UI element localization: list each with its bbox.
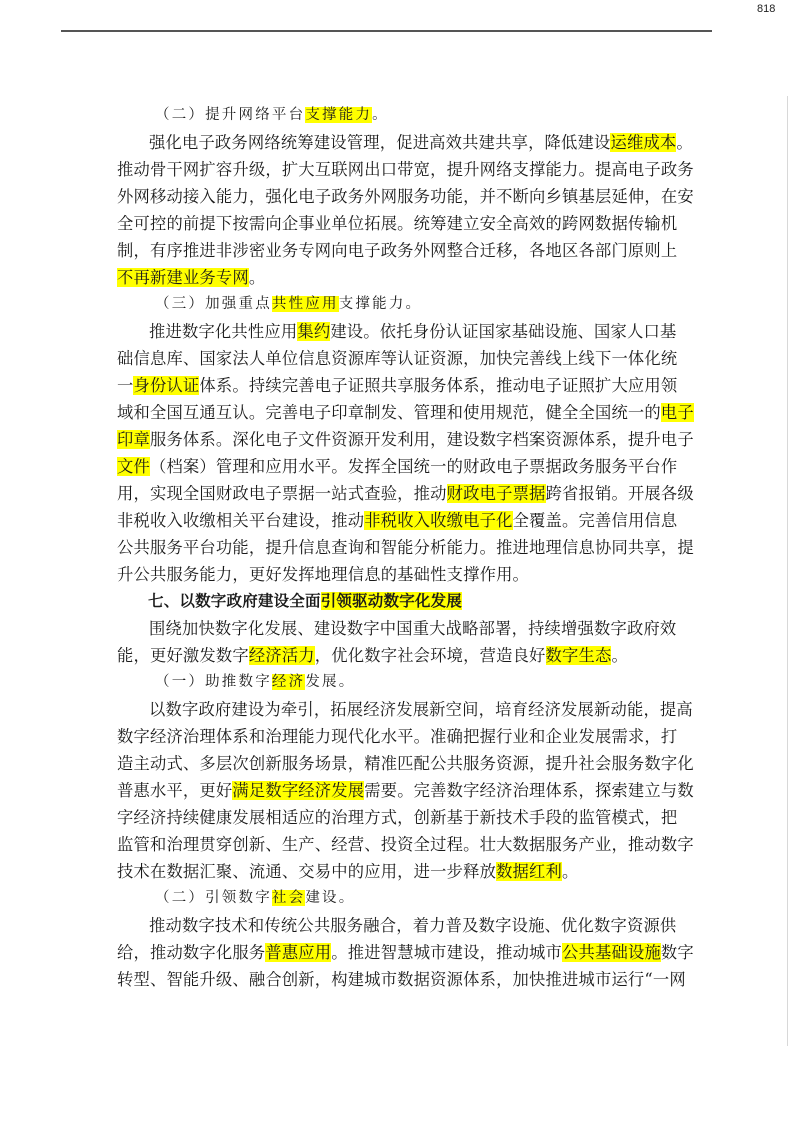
text-run: 外网移动接入能力，强化电子政务外网服务功能，并不断向乡镇基层延伸，在安 bbox=[117, 187, 694, 206]
highlighted-text: 满足数字经济发展 bbox=[232, 781, 364, 800]
paragraph-line: 用，实现全国财政电子票据一站式查验，推动财政电子票据跨省报销。开展各级 bbox=[117, 480, 677, 507]
text-run: 以数字政府建设为牵引，拓展经济发展新空间，培育经济发展新动能，提高 bbox=[149, 700, 693, 719]
highlighted-text: 社会 bbox=[272, 890, 305, 906]
text-run: 需要。完善数字经济治理体系，探索建立与数 bbox=[364, 781, 694, 800]
paragraph-line: 以数字政府建设为牵引，拓展经济发展新空间，培育经济发展新动能，提高 bbox=[117, 696, 677, 723]
document-body: （二）提升网络平台支撑能力。强化电子政务网络统筹建设管理，促进高效共建共享，降低… bbox=[117, 102, 677, 993]
text-run: 础信息库、国家法人单位信息资源库等认证资源，加快完善线上线下一体化统 bbox=[117, 349, 677, 368]
text-run: 非税收入收缴相关平台建设，推动 bbox=[117, 511, 364, 530]
paragraph-line: 公共服务平台功能，提升信息查询和智能分析能力。推进地理信息协同共享，提 bbox=[117, 534, 677, 561]
subsection-heading: （二）引领数字社会建设。 bbox=[117, 885, 677, 912]
highlighted-text: 集约 bbox=[297, 322, 330, 341]
text-run: 全可控的前提下按需向企事业单位拓展。统筹建立安全高效的跨网数据传输机 bbox=[117, 214, 677, 233]
paragraph-line: 推动数字技术和传统公共服务融合，着力普及数字设施、优化数字资源供 bbox=[117, 912, 677, 939]
text-run: （档案）管理和应用水平。发挥全国统一的财政电子票据政务服务平台作 bbox=[150, 457, 677, 476]
text-run: 监管和治理贯穿创新、生产、经营、投资全过程。壮大数据服务产业，推动数字 bbox=[117, 835, 694, 854]
highlighted-text: 运维成本 bbox=[610, 133, 676, 152]
page-number: 818 bbox=[757, 3, 775, 15]
subsection-heading: （一）助推数字经济发展。 bbox=[117, 669, 677, 696]
paragraph-line: 普惠水平，更好满足数字经济发展需要。完善数字经济治理体系，探索建立与数 bbox=[117, 777, 677, 804]
text-run: （一）助推数字 bbox=[155, 674, 272, 690]
text-run: 升公共服务能力，更好发挥地理信息的基础性支撑作用。 bbox=[117, 565, 529, 584]
page-edge-line bbox=[787, 96, 788, 1046]
text-run: 域和全国互通互认。完善电子印章制发、管理和使用规范，健全全国统一的 bbox=[117, 403, 661, 422]
paragraph-line: 推动骨干网扩容升级，扩大互联网出口带宽，提升网络支撑能力。提高电子政务 bbox=[117, 156, 677, 183]
text-run: 造主动式、多层次创新服务场景，精准匹配公共服务资源，提升社会服务数字化 bbox=[117, 754, 694, 773]
text-run: 制，有序推进非涉密业务专网向电子政务外网整合迁移，各地区各部门原则上 bbox=[117, 241, 677, 260]
paragraph-line: 字经济持续健康发展相适应的治理方式，创新基于新技术手段的监管模式，把 bbox=[117, 804, 677, 831]
text-run: 七、以数字政府建设全面 bbox=[148, 592, 321, 610]
text-run: 转型、智能升级、融合创新，构建城市数据资源体系，加快推进城市运行“一网 bbox=[117, 970, 686, 989]
highlighted-text: 经济活力 bbox=[249, 646, 315, 665]
text-run: 普惠水平，更好 bbox=[117, 781, 232, 800]
text-run: 公共服务平台功能，提升信息查询和智能分析能力。推进地理信息协同共享，提 bbox=[117, 538, 694, 557]
highlighted-text: 印章 bbox=[117, 430, 150, 449]
highlighted-text: 文件 bbox=[117, 457, 150, 476]
section-heading: 七、以数字政府建设全面引领驱动数字化发展 bbox=[117, 588, 677, 615]
paragraph-line: 监管和治理贯穿创新、生产、经营、投资全过程。壮大数据服务产业，推动数字 bbox=[117, 831, 677, 858]
paragraph-line: 围绕加快数字化发展、建设数字中国重大战略部署，持续增强数字政府效 bbox=[117, 615, 677, 642]
text-run: 体系。持续完善电子证照共享服务体系，推动电子证照扩大应用领 bbox=[199, 376, 677, 395]
text-run: 服务体系。深化电子文件资源开发利用，建设数字档案资源体系，提升电子 bbox=[150, 430, 694, 449]
paragraph-line: 给，推动数字化服务普惠应用。推进智慧城市建设，推动城市公共基础设施数字 bbox=[117, 939, 677, 966]
text-run: 。 bbox=[676, 133, 692, 152]
paragraph-line: 印章服务体系。深化电子文件资源开发利用，建设数字档案资源体系，提升电子 bbox=[117, 426, 677, 453]
paragraph-line: 非税收入收缴相关平台建设，推动非税收入收缴电子化全覆盖。完善信用信息 bbox=[117, 507, 677, 534]
text-run: 推动骨干网扩容升级，扩大互联网出口带宽，提升网络支撑能力。提高电子政务 bbox=[117, 160, 694, 179]
paragraph-line: 能，更好激发数字经济活力，优化数字社会环境，营造良好数字生态。 bbox=[117, 642, 677, 669]
paragraph-line: 升公共服务能力，更好发挥地理信息的基础性支撑作用。 bbox=[117, 561, 677, 588]
text-run: ，优化数字社会环境，营造良好 bbox=[315, 646, 546, 665]
paragraph-line: 全可控的前提下按需向企事业单位拓展。统筹建立安全高效的跨网数据传输机 bbox=[117, 210, 677, 237]
text-run: （三）加强重点 bbox=[155, 296, 272, 312]
highlighted-text: 公共基础设施 bbox=[562, 943, 661, 962]
highlighted-text: 引领驱动数字化发展 bbox=[321, 592, 462, 610]
paragraph-line: 制，有序推进非涉密业务专网向电子政务外网整合迁移，各地区各部门原则上 bbox=[117, 237, 677, 264]
text-run: 用，实现全国财政电子票据一站式查验，推动 bbox=[117, 484, 447, 503]
highlighted-text: 电子 bbox=[661, 403, 694, 422]
highlighted-text: 支撑能力 bbox=[305, 107, 372, 123]
text-run: 支撑能力。 bbox=[339, 296, 423, 312]
highlighted-text: 不再新建业务专网 bbox=[117, 268, 249, 287]
text-run: 强化电子政务网络统筹建设管理，促进高效共建共享，降低建设 bbox=[149, 133, 610, 152]
text-run: 全覆盖。完善信用信息 bbox=[513, 511, 678, 530]
text-run: 一 bbox=[117, 376, 133, 395]
text-run: 。 bbox=[611, 646, 627, 665]
paragraph-line: 数字经济治理体系和治理能力现代化水平。准确把握行业和企业发展需求，打 bbox=[117, 723, 677, 750]
highlighted-text: 身份认证 bbox=[133, 376, 199, 395]
paragraph-line: 文件（档案）管理和应用水平。发挥全国统一的财政电子票据政务服务平台作 bbox=[117, 453, 677, 480]
text-run: 建设。依托身份认证国家基础设施、国家人口基 bbox=[330, 322, 676, 341]
highlighted-text: 普惠应用 bbox=[265, 943, 331, 962]
paragraph-line: 技术在数据汇聚、流通、交易中的应用，进一步释放数据红利。 bbox=[117, 858, 677, 885]
highlighted-text: 财政电子票据 bbox=[447, 484, 546, 503]
text-run: （二）引领数字 bbox=[155, 890, 272, 906]
text-run: 。推进智慧城市建设，推动城市 bbox=[331, 943, 562, 962]
text-run: 跨省报销。开展各级 bbox=[546, 484, 694, 503]
text-run: 给，推动数字化服务 bbox=[117, 943, 265, 962]
paragraph-line: 础信息库、国家法人单位信息资源库等认证资源，加快完善线上线下一体化统 bbox=[117, 345, 677, 372]
subsection-heading: （二）提升网络平台支撑能力。 bbox=[117, 102, 677, 129]
text-run: 发展。 bbox=[305, 674, 355, 690]
text-run: 能，更好激发数字 bbox=[117, 646, 249, 665]
paragraph-line: 强化电子政务网络统筹建设管理，促进高效共建共享，降低建设运维成本。 bbox=[117, 129, 677, 156]
paragraph-line: 域和全国互通互认。完善电子印章制发、管理和使用规范，健全全国统一的电子 bbox=[117, 399, 677, 426]
text-run: 。 bbox=[562, 862, 578, 881]
text-run: 推动数字技术和传统公共服务融合，着力普及数字设施、优化数字资源供 bbox=[149, 916, 676, 935]
paragraph-line: 不再新建业务专网。 bbox=[117, 264, 677, 291]
highlighted-text: 经济 bbox=[272, 674, 305, 690]
text-run: 建设。 bbox=[305, 890, 355, 906]
header-divider bbox=[61, 30, 712, 32]
paragraph-line: 造主动式、多层次创新服务场景，精准匹配公共服务资源，提升社会服务数字化 bbox=[117, 750, 677, 777]
text-run: 。 bbox=[372, 107, 389, 123]
paragraph-line: 外网移动接入能力，强化电子政务外网服务功能，并不断向乡镇基层延伸，在安 bbox=[117, 183, 677, 210]
paragraph-line: 推进数字化共性应用集约建设。依托身份认证国家基础设施、国家人口基 bbox=[117, 318, 677, 345]
highlighted-text: 数据红利 bbox=[496, 862, 562, 881]
text-run: 技术在数据汇聚、流通、交易中的应用，进一步释放 bbox=[117, 862, 496, 881]
highlighted-text: 数字生态 bbox=[546, 646, 612, 665]
paragraph-line: 转型、智能升级、融合创新，构建城市数据资源体系，加快推进城市运行“一网 bbox=[117, 966, 677, 993]
text-run: 围绕加快数字化发展、建设数字中国重大战略部署，持续增强数字政府效 bbox=[149, 619, 676, 638]
text-run: 字经济持续健康发展相适应的治理方式，创新基于新技术手段的监管模式，把 bbox=[117, 808, 677, 827]
text-run: 推进数字化共性应用 bbox=[149, 322, 297, 341]
paragraph-line: 一身份认证体系。持续完善电子证照共享服务体系，推动电子证照扩大应用领 bbox=[117, 372, 677, 399]
text-run: 数字 bbox=[661, 943, 694, 962]
text-run: 数字经济治理体系和治理能力现代化水平。准确把握行业和企业发展需求，打 bbox=[117, 727, 677, 746]
text-run: （二）提升网络平台 bbox=[155, 107, 305, 123]
text-run: 。 bbox=[249, 268, 265, 287]
subsection-heading: （三）加强重点共性应用支撑能力。 bbox=[117, 291, 677, 318]
highlighted-text: 共性应用 bbox=[272, 296, 339, 312]
highlighted-text: 非税收入收缴电子化 bbox=[364, 511, 512, 530]
